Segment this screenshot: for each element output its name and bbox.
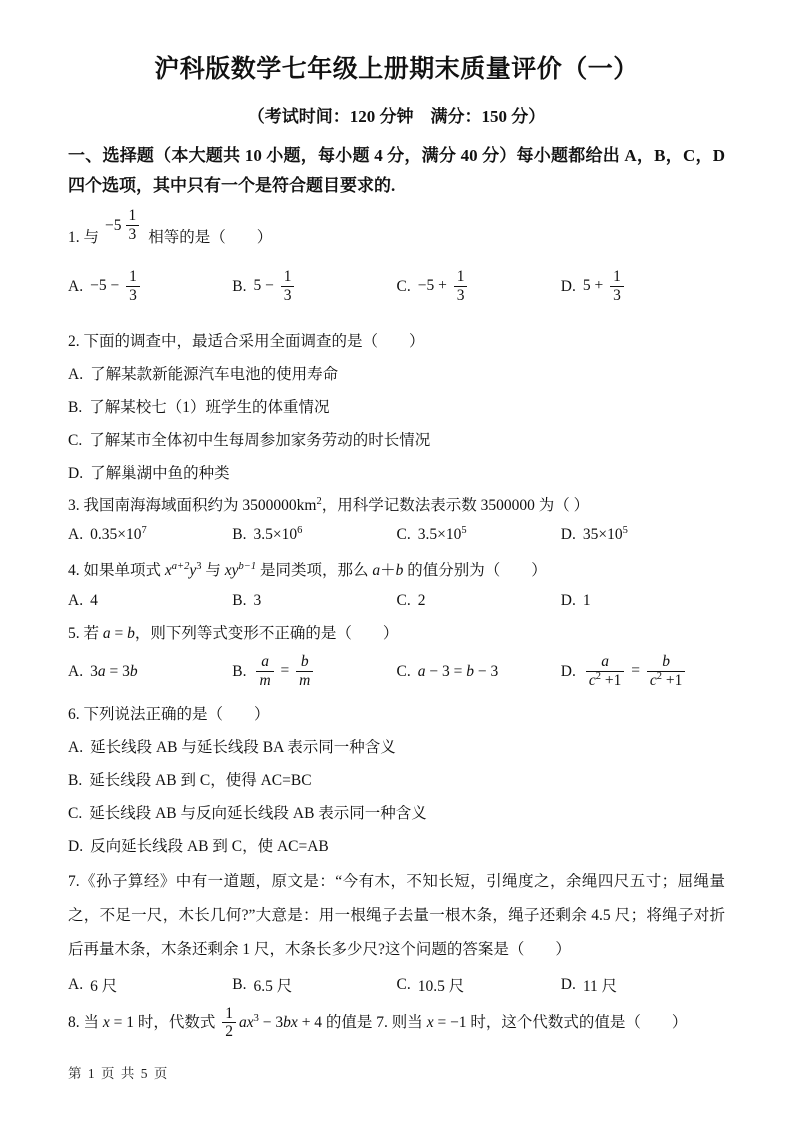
option-text: 延长线段 AB 到 C，使得 AC=BC	[89, 772, 311, 789]
question-6-stem: 6. 下列说法正确的是（ ）	[68, 703, 725, 726]
question-5-option-a: A.3a = 3b	[68, 663, 232, 681]
question-7-option-b: B.6.5 尺	[232, 974, 396, 996]
option-label: C.	[397, 663, 411, 681]
option-text: 了解某校七（1）班学生的体重情况	[89, 399, 329, 416]
question-1-option-b: B.5 − 13	[232, 268, 396, 305]
question-5: 5. 若 a = b，则下列等式变形不正确的是（ ） A.3a = 3b B.a…	[68, 622, 725, 699]
question-5-option-c: C.a − 3 = b − 3	[397, 663, 561, 681]
exam-title: 沪科版数学七年级上册期末质量评价（一）	[68, 54, 725, 86]
option-label: D.	[561, 526, 576, 544]
option-label: A.	[68, 278, 83, 296]
question-5-options: A.3a = 3b B.am = bm C.a − 3 = b − 3 D.ac…	[68, 645, 725, 699]
question-3-option-d: D.35×105	[561, 526, 725, 544]
option-label: A.	[68, 366, 83, 383]
question-1-stem: 1. 与−513相等的是（ ）	[68, 205, 725, 256]
exam-subtitle: （考试时间：120 分钟 满分：150 分）	[68, 106, 725, 128]
option-label: D.	[561, 976, 576, 994]
section-heading: 一、选择题（本大题共 10 小题，每小题 4 分，满分 40 分）每小题都给出 …	[68, 141, 725, 201]
option-label: D.	[561, 592, 576, 610]
option-label: A.	[68, 592, 83, 610]
option-label: B.	[232, 663, 246, 681]
option-label: B.	[232, 976, 246, 994]
question-2-option-d: D.了解巢湖中鱼的种类	[68, 463, 725, 485]
question-2: 2. 下面的调查中，最适合采用全面调查的是（ ） A.了解某款新能源汽车电池的使…	[68, 330, 725, 485]
question-6-option-d: D.反向延长线段 AB 到 C，使 AC=AB	[68, 836, 725, 858]
option-value: 5 + 13	[583, 268, 627, 305]
option-value: 1	[583, 592, 591, 610]
option-value: 0.35×107	[90, 526, 147, 544]
question-4-option-d: D.1	[561, 592, 725, 610]
page-footer: 第 1 页 共 5 页	[68, 1062, 169, 1082]
question-8: 8. 当 x = 1 时，代数式 12ax3 − 3bx + 4 的值是 7. …	[68, 1005, 725, 1042]
question-4-stem: 4. 如果单项式 xa+2y3 与 xyb−1 是同类项，那么 a＋b 的值分别…	[68, 559, 725, 582]
question-1-option-a: A.−5 − 13	[68, 268, 232, 305]
question-6: 6. 下列说法正确的是（ ） A.延长线段 AB 与延长线段 BA 表示同一种含…	[68, 703, 725, 858]
question-4-option-a: A.4	[68, 592, 232, 610]
question-3: 3. 我国南海海域面积约为 3500000km2，用科学记数法表示数 35000…	[68, 494, 725, 544]
option-text: 延长线段 AB 与延长线段 BA 表示同一种含义	[90, 739, 396, 756]
option-text: 了解巢湖中鱼的种类	[90, 465, 230, 482]
option-label: B.	[68, 399, 82, 416]
option-label: C.	[68, 805, 82, 822]
option-label: D.	[68, 838, 83, 855]
question-7-option-a: A.6 尺	[68, 974, 232, 996]
option-label: D.	[561, 663, 576, 681]
question-1: 1. 与−513相等的是（ ） A.−5 − 13 B.5 − 13 C.−5 …	[68, 205, 725, 312]
option-text: 了解某市全体初中生每周参加家务劳动的时长情况	[89, 432, 430, 449]
option-text: 了解某款新能源汽车电池的使用寿命	[90, 366, 338, 383]
question-3-stem: 3. 我国南海海域面积约为 3500000km2，用科学记数法表示数 35000…	[68, 494, 725, 517]
option-label: A.	[68, 739, 83, 756]
option-value: am = bm	[253, 653, 316, 690]
option-value: 3	[253, 592, 261, 610]
option-text: 6.5 尺	[253, 974, 292, 996]
question-3-option-c: C.3.5×105	[397, 526, 561, 544]
question-3-option-b: B.3.5×106	[232, 526, 396, 544]
question-8-stem: 8. 当 x = 1 时，代数式 12ax3 − 3bx + 4 的值是 7. …	[68, 1005, 725, 1042]
option-value: 3.5×105	[418, 526, 467, 544]
option-value: 5 − 13	[253, 268, 297, 305]
option-value: 4	[90, 592, 98, 610]
question-6-option-a: A.延长线段 AB 与延长线段 BA 表示同一种含义	[68, 737, 725, 759]
question-1-options: A.−5 − 13 B.5 − 13 C.−5 + 13 D.5 + 13	[68, 262, 725, 312]
question-4-options: A.4 B.3 C.2 D.1	[68, 592, 725, 610]
option-label: B.	[232, 592, 246, 610]
option-value: 35×105	[583, 526, 628, 544]
question-2-option-c: C.了解某市全体初中生每周参加家务劳动的时长情况	[68, 430, 725, 452]
question-2-option-a: A.了解某款新能源汽车电池的使用寿命	[68, 364, 725, 386]
exam-page: 沪科版数学七年级上册期末质量评价（一） （考试时间：120 分钟 满分：150 …	[0, 0, 793, 1122]
option-label: B.	[232, 278, 246, 296]
option-value: 3.5×106	[253, 526, 302, 544]
option-label: C.	[68, 432, 82, 449]
option-text: 10.5 尺	[418, 974, 465, 996]
question-7-option-d: D.11 尺	[561, 974, 725, 996]
question-5-option-d: D.ac2 +1 = bc2 +1	[561, 653, 725, 690]
question-6-option-b: B.延长线段 AB 到 C，使得 AC=BC	[68, 770, 725, 792]
question-5-option-b: B.am = bm	[232, 653, 396, 690]
question-1-option-d: D.5 + 13	[561, 268, 725, 305]
question-3-option-a: A.0.35×107	[68, 526, 232, 544]
option-label: A.	[68, 976, 83, 994]
question-7-stem: 7.《孙子算经》中有一道题，原文是：“今有木，不知长短，引绳度之，余绳四尺五寸；…	[68, 865, 725, 967]
option-value: 3a = 3b	[90, 663, 138, 681]
option-text: 6 尺	[90, 974, 117, 996]
question-2-stem: 2. 下面的调查中，最适合采用全面调查的是（ ）	[68, 330, 725, 353]
option-label: D.	[68, 465, 83, 482]
option-text: 反向延长线段 AB 到 C，使 AC=AB	[90, 838, 329, 855]
question-7-options: A.6 尺 B.6.5 尺 C.10.5 尺 D.11 尺	[68, 974, 725, 996]
option-label: B.	[232, 526, 246, 544]
option-value: 2	[418, 592, 426, 610]
question-3-options: A.0.35×107 B.3.5×106 C.3.5×105 D.35×105	[68, 526, 725, 544]
option-label: B.	[68, 772, 82, 789]
option-value: −5 + 13	[418, 268, 471, 305]
question-4-option-c: C.2	[397, 592, 561, 610]
option-label: C.	[397, 278, 411, 296]
option-value: −5 − 13	[90, 268, 143, 305]
option-value: ac2 +1 = bc2 +1	[583, 653, 689, 690]
option-label: A.	[68, 663, 83, 681]
question-7-option-c: C.10.5 尺	[397, 974, 561, 996]
question-5-stem: 5. 若 a = b，则下列等式变形不正确的是（ ）	[68, 622, 725, 645]
option-label: D.	[561, 278, 576, 296]
question-2-option-b: B.了解某校七（1）班学生的体重情况	[68, 397, 725, 419]
option-value: a − 3 = b − 3	[418, 663, 498, 681]
question-6-option-c: C.延长线段 AB 与反向延长线段 AB 表示同一种含义	[68, 803, 725, 825]
option-label: C.	[397, 976, 411, 994]
option-label: A.	[68, 526, 83, 544]
question-7: 7.《孙子算经》中有一道题，原文是：“今有木，不知长短，引绳度之，余绳四尺五寸；…	[68, 865, 725, 996]
question-4-option-b: B.3	[232, 592, 396, 610]
option-label: C.	[397, 592, 411, 610]
option-text: 11 尺	[583, 974, 617, 996]
question-4: 4. 如果单项式 xa+2y3 与 xyb−1 是同类项，那么 a＋b 的值分别…	[68, 559, 725, 610]
question-1-option-c: C.−5 + 13	[397, 268, 561, 305]
option-text: 延长线段 AB 与反向延长线段 AB 表示同一种含义	[89, 805, 427, 822]
option-label: C.	[397, 526, 411, 544]
